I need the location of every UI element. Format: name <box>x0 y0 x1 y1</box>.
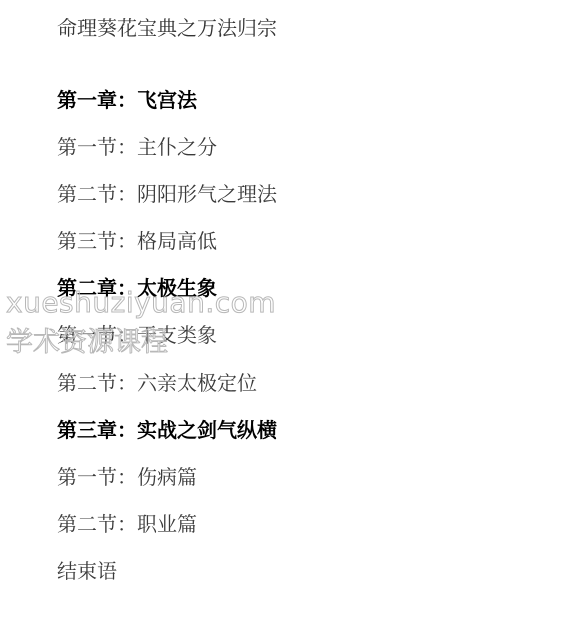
toc-chapter-3: 第三章：实战之剑气纵横 <box>57 418 277 442</box>
toc-closing: 结束语 <box>57 559 117 583</box>
toc-chapter-2: 第二章：太极生象 <box>57 276 217 300</box>
toc-chapter-1: 第一章：飞宫法 <box>57 88 197 112</box>
document-title: 命理葵花宝典之万法归宗 <box>57 16 277 40</box>
toc-section-2-2: 第二节：六亲太极定位 <box>57 371 257 395</box>
toc-section-3-1: 第一节：伤病篇 <box>57 465 197 489</box>
toc-section-3-2: 第二节：职业篇 <box>57 512 197 536</box>
toc-section-1-2: 第二节：阴阳形气之理法 <box>57 182 277 206</box>
toc-section-1-3: 第三节：格局高低 <box>57 229 217 253</box>
toc-section-2-1: 第一节：干支类象 <box>57 323 217 347</box>
toc-section-1-1: 第一节：主仆之分 <box>57 135 217 159</box>
